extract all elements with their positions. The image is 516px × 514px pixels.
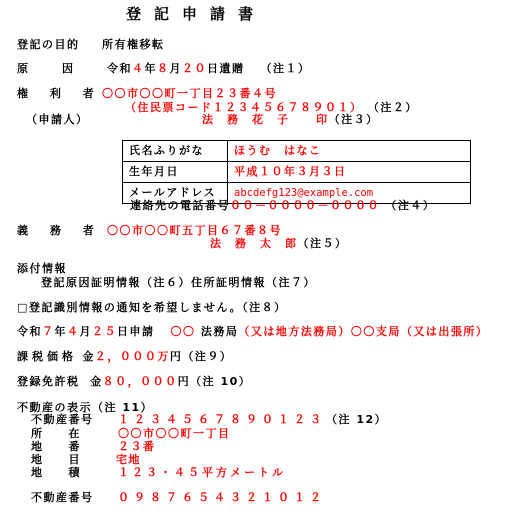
second-property-number-value: ０９８７６５４３２１０１２ bbox=[118, 491, 326, 505]
obligor-label: 義 務 者 bbox=[17, 224, 103, 238]
notification-checkbox[interactable]: □ bbox=[17, 301, 29, 314]
notification-line: □登記識別情報の通知を希望しません。（注８） bbox=[17, 301, 287, 315]
cause-month: ８ bbox=[157, 62, 170, 75]
purpose-label: 登記の目的 bbox=[17, 38, 80, 52]
purpose-value: 所有権移転 bbox=[102, 38, 165, 52]
property-area-value: １２３・４５平方メートル bbox=[118, 466, 286, 480]
bureau-prefix: 〇〇 bbox=[171, 325, 196, 338]
property-row-number-label: 不動産番号 bbox=[31, 413, 94, 427]
holder-name-note: （注３） bbox=[329, 113, 379, 126]
tax-value-note: （注９） bbox=[182, 350, 232, 363]
holder-label: 権 利 者 bbox=[17, 87, 103, 101]
tax-value-line: 課税価格 金２，０００万円（注９） bbox=[17, 350, 232, 364]
application-day-unit: 日申請 bbox=[117, 325, 155, 338]
application-year: ７ bbox=[42, 325, 55, 338]
birthdate-label: 生年月日 bbox=[123, 162, 228, 183]
property-location-label: 所 在 bbox=[31, 427, 81, 441]
obligor-address: 〇〇市〇〇町五丁目６７番８号 bbox=[107, 224, 282, 238]
table-row: 氏名ふりがな ほうむ はなこ bbox=[123, 141, 471, 162]
application-era: 令和 bbox=[17, 325, 42, 338]
furigana-value: ほうむ はなこ bbox=[228, 141, 471, 162]
application-line: 令和７年４月２５日申請 〇〇 法務局（又は地方法務局）〇〇支局（又は出張所） bbox=[17, 325, 488, 339]
holder-info-table: 氏名ふりがな ほうむ はなこ 生年月日 平成１０年３月３日 メールアドレス ab… bbox=[122, 140, 471, 204]
property-category-label: 地 目 bbox=[31, 453, 81, 467]
branch-alt: （又は出張所） bbox=[401, 325, 489, 338]
tax-value-unit: 円 bbox=[170, 350, 183, 363]
property-location-value: 〇〇市〇〇町一丁目 bbox=[118, 427, 231, 441]
property-number-value: １２３４５６７８９０１２３ bbox=[118, 413, 326, 426]
property-category-value: 宅地 bbox=[116, 453, 141, 467]
bureau-name: 法務局 bbox=[201, 325, 239, 338]
license-tax-label: 登録免許税 bbox=[17, 375, 80, 388]
cause-day: ２０ bbox=[182, 62, 207, 75]
cause-value: 令和４年８月２０日遺贈 （注１） bbox=[107, 62, 311, 76]
license-tax-line: 登録免許税 金８０，０００円（注 10） bbox=[17, 375, 251, 389]
application-day: ２５ bbox=[92, 325, 117, 338]
branch-name: 〇〇支局 bbox=[351, 325, 401, 338]
cause-year-unit: 年 bbox=[145, 62, 158, 75]
tax-value-prefix: 金 bbox=[82, 350, 95, 363]
tax-value-label: 課税価格 bbox=[17, 350, 77, 363]
holder-sublabel: （申請人） bbox=[26, 113, 89, 127]
holder-name-line: 法 務 花 子 印（注３） bbox=[202, 113, 379, 127]
birthdate-value: 平成１０年３月３日 bbox=[228, 162, 471, 183]
license-tax-unit: 円 bbox=[178, 375, 191, 388]
license-tax-note: （注 10） bbox=[190, 375, 251, 388]
property-row-number: １２３４５６７８９０１２３（注 12） bbox=[118, 413, 387, 427]
holder-name: 法 務 花 子 bbox=[202, 113, 290, 126]
obligor-name-note: （注５） bbox=[298, 237, 348, 250]
bureau-alt: （又は地方法務局） bbox=[238, 325, 351, 338]
attachments-items: 登記原因証明情報（注６）住所証明情報（注７） bbox=[41, 276, 316, 290]
phone-note: （注４） bbox=[385, 199, 435, 212]
property-lot-value: ２３番 bbox=[118, 440, 156, 454]
tax-value-amount: ２，０００万 bbox=[95, 350, 170, 363]
application-year-unit: 年 bbox=[55, 325, 68, 338]
application-month-unit: 月 bbox=[80, 325, 93, 338]
cause-month-unit: 月 bbox=[170, 62, 183, 75]
seal-mark: 印 bbox=[316, 113, 329, 126]
cause-day-unit: 日遺贈 bbox=[207, 62, 245, 75]
table-row: 生年月日 平成１０年３月３日 bbox=[123, 162, 471, 183]
phone-label: 連絡先の電話番号 bbox=[130, 199, 230, 212]
license-tax-amount: ８０，０００ bbox=[103, 375, 178, 388]
cause-year: ４ bbox=[132, 62, 145, 75]
second-property-number-label: 不動産番号 bbox=[31, 491, 94, 505]
furigana-label: 氏名ふりがな bbox=[123, 141, 228, 162]
property-lot-label: 地 番 bbox=[31, 440, 81, 454]
property-area-label: 地 積 bbox=[31, 466, 81, 480]
cause-label: 原 因 bbox=[17, 62, 77, 76]
cause-note: （注１） bbox=[261, 62, 311, 75]
document-title: 登記申請書 bbox=[126, 5, 266, 23]
application-month: ４ bbox=[67, 325, 80, 338]
phone-number: ００－００００－００００ bbox=[230, 199, 380, 212]
attachments-label: 添付情報 bbox=[17, 262, 67, 276]
holder-address: 〇〇市〇〇町一丁目２３番４号 bbox=[102, 87, 277, 101]
obligor-name-line: 法 務 太 郎（注５） bbox=[210, 237, 348, 251]
license-tax-prefix: 金 bbox=[90, 375, 103, 388]
cause-era: 令和 bbox=[107, 62, 132, 75]
obligor-name: 法 務 太 郎 bbox=[210, 237, 298, 250]
property-number-note: （注 12） bbox=[326, 413, 387, 426]
phone-line: 連絡先の電話番号００－００００－００００ （注４） bbox=[130, 199, 435, 213]
notification-text: 登記識別情報の通知を希望しません。（注８） bbox=[29, 301, 287, 314]
